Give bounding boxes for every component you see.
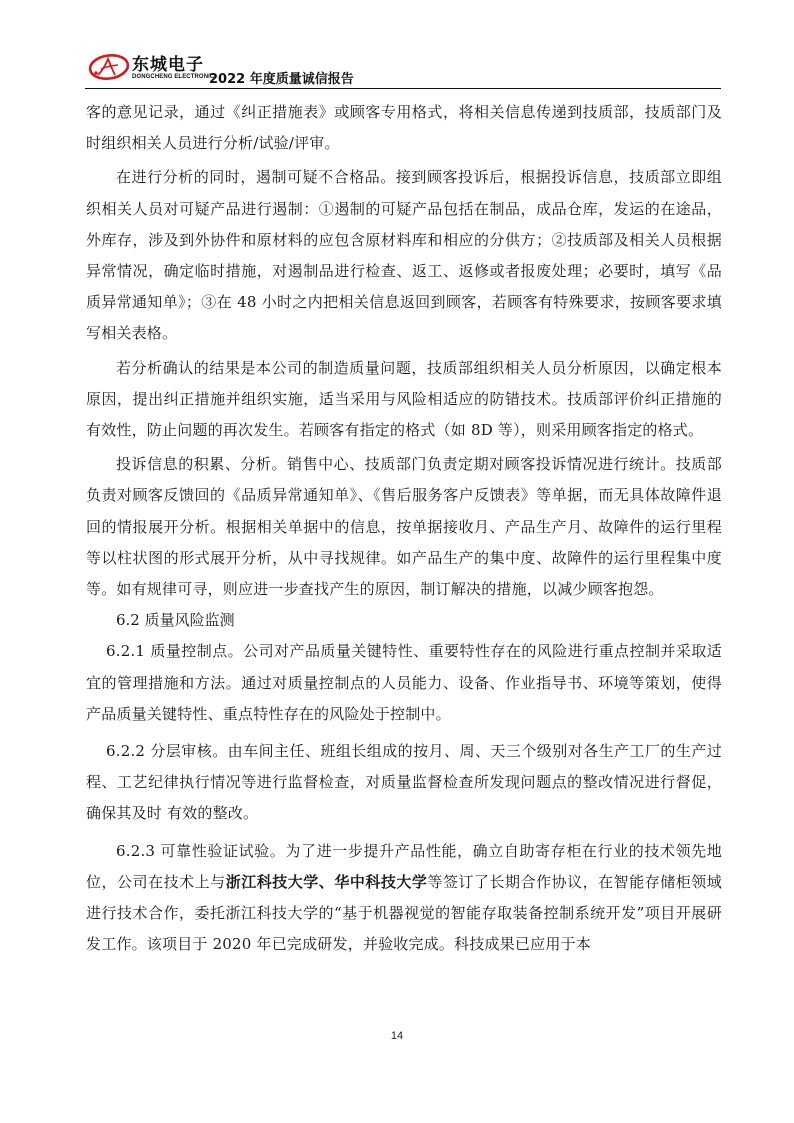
subsection-6-2-2: 6.2.2 分层审核。由车间主任、班组长组成的按月、周、天三个级别对各生产工厂的… [86,736,722,830]
page-number: 14 [0,1030,794,1042]
paragraph-customer-feedback: 客的意见记录，通过《纠正措施表》或顾客专用格式，将相关信息传递到技质部，技质部门… [86,97,722,159]
brand-name-english: DONGCHENG ELECTRONIC [132,74,214,80]
document-body: 客的意见记录，通过《纠正措施表》或顾客专用格式，将相关信息传递到技质部，技质部门… [86,97,722,960]
subsection-6-2-1: 6.2.1 质量控制点。公司对产品质量关键特性、重要特性存在的风险进行重点控制并… [86,636,722,730]
subsection-6-2-3: 6.2.3 可靠性验证试验。为了进一步提升产品性能，确立自助寄存柜在行业的技术领… [86,836,722,961]
report-title: 2022 年度质量诚信报告 [209,68,354,87]
paragraph-root-cause: 若分析确认的结果是本公司的制造质量问题，技质部组织相关人员分析原因，以确定根本原… [86,353,722,447]
page-header: 东城电子 DONGCHENG ELECTRONIC 2022 年度质量诚信报告 [85,48,721,89]
paragraph-containment: 在进行分析的同时，遏制可疑不合格品。接到顾客投诉后，根据投诉信息，技质部立即组织… [86,162,722,349]
partner-universities: 浙江科技大学、华中科技大学 [226,873,428,891]
section-heading-6-2: 6.2 质量风险监测 [86,605,722,636]
brand-name-chinese: 东城电子 [132,50,204,75]
paragraph-complaint-analysis: 投诉信息的积累、分析。销售中心、技质部门负责定期对顾客投诉情况进行统计。技质部负… [86,449,722,605]
company-logo-icon [88,53,130,81]
